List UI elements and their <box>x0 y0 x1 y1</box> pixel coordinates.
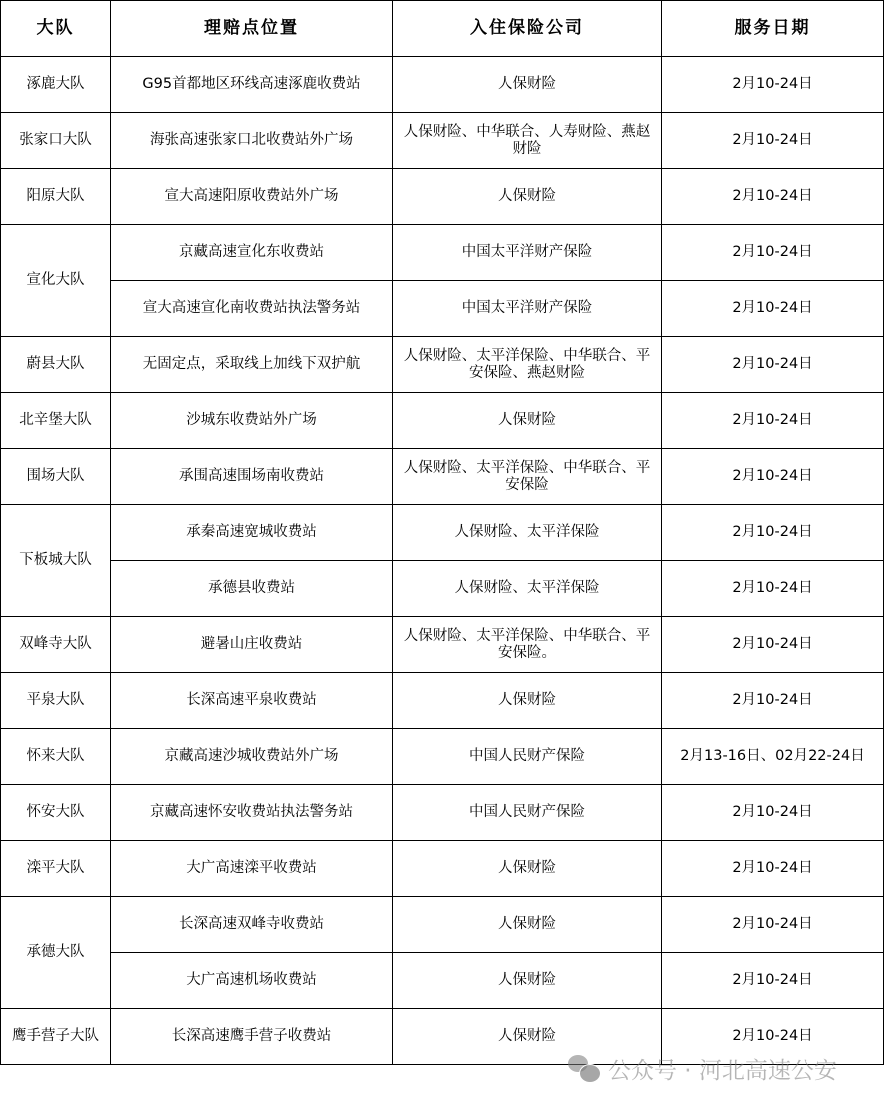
dates-cell: 2月10-24日 <box>662 449 884 505</box>
table-row: 宣化大队 京藏高速宣化东收费站 中国太平洋财产保险 2月10-24日 <box>1 225 884 281</box>
location-cell: 避暑山庄收费站 <box>111 617 393 673</box>
insurers-cell: 人保财险 <box>393 393 662 449</box>
location-cell: 无固定点，采取线上加线下双护航 <box>111 337 393 393</box>
dates-cell: 2月10-24日 <box>662 1009 884 1065</box>
location-cell: 京藏高速宣化东收费站 <box>111 225 393 281</box>
location-cell: 海张高速张家口北收费站外广场 <box>111 113 393 169</box>
table-row: 涿鹿大队 G95首都地区环线高速涿鹿收费站 人保财险 2月10-24日 <box>1 57 884 113</box>
insurers-cell: 人保财险 <box>393 841 662 897</box>
header-row: 大队 理赔点位置 入住保险公司 服务日期 <box>1 1 884 57</box>
insurers-cell: 人保财险 <box>393 673 662 729</box>
location-cell: 沙城东收费站外广场 <box>111 393 393 449</box>
brigade-cell: 承德大队 <box>1 897 111 1009</box>
brigade-cell: 平泉大队 <box>1 673 111 729</box>
brigade-cell: 涿鹿大队 <box>1 57 111 113</box>
insurers-cell: 人保财险 <box>393 169 662 225</box>
header-location: 理赔点位置 <box>111 1 393 57</box>
dates-cell: 2月10-24日 <box>662 785 884 841</box>
insurers-cell: 人保财险、中华联合、人寿财险、燕赵财险 <box>393 113 662 169</box>
brigade-cell: 北辛堡大队 <box>1 393 111 449</box>
dates-cell: 2月10-24日 <box>662 337 884 393</box>
insurers-cell: 人保财险、太平洋保险、中华联合、平安保险、燕赵财险 <box>393 337 662 393</box>
insurers-cell: 人保财险、太平洋保险 <box>393 505 662 561</box>
table-row: 双峰寺大队 避暑山庄收费站 人保财险、太平洋保险、中华联合、平安保险。 2月10… <box>1 617 884 673</box>
dates-cell: 2月10-24日 <box>662 897 884 953</box>
brigade-cell: 怀安大队 <box>1 785 111 841</box>
table-row: 北辛堡大队 沙城东收费站外广场 人保财险 2月10-24日 <box>1 393 884 449</box>
location-cell: 长深高速鹰手营子收费站 <box>111 1009 393 1065</box>
claims-points-table: 大队 理赔点位置 入住保险公司 服务日期 涿鹿大队 G95首都地区环线高速涿鹿收… <box>0 0 884 1065</box>
insurers-cell: 中国太平洋财产保险 <box>393 281 662 337</box>
location-cell: 承德县收费站 <box>111 561 393 617</box>
table-row: 承德大队 长深高速双峰寺收费站 人保财险 2月10-24日 <box>1 897 884 953</box>
table-row: 承德县收费站 人保财险、太平洋保险 2月10-24日 <box>1 561 884 617</box>
dates-cell: 2月10-24日 <box>662 57 884 113</box>
location-cell: 宣大高速阳原收费站外广场 <box>111 169 393 225</box>
dates-cell: 2月10-24日 <box>662 393 884 449</box>
dates-cell: 2月13-16日、02月22-24日 <box>662 729 884 785</box>
insurers-cell: 人保财险、太平洋保险 <box>393 561 662 617</box>
location-cell: G95首都地区环线高速涿鹿收费站 <box>111 57 393 113</box>
table-row: 怀来大队 京藏高速沙城收费站外广场 中国人民财产保险 2月13-16日、02月2… <box>1 729 884 785</box>
brigade-cell: 双峰寺大队 <box>1 617 111 673</box>
table-row: 鹰手营子大队 长深高速鹰手营子收费站 人保财险 2月10-24日 <box>1 1009 884 1065</box>
insurers-cell: 人保财险、太平洋保险、中华联合、平安保险 <box>393 449 662 505</box>
brigade-cell: 滦平大队 <box>1 841 111 897</box>
brigade-cell: 围场大队 <box>1 449 111 505</box>
location-cell: 长深高速平泉收费站 <box>111 673 393 729</box>
insurers-cell: 人保财险 <box>393 953 662 1009</box>
insurers-cell: 人保财险 <box>393 57 662 113</box>
insurers-cell: 人保财险 <box>393 1009 662 1065</box>
location-cell: 大广高速机场收费站 <box>111 953 393 1009</box>
table-row: 怀安大队 京藏高速怀安收费站执法警务站 中国人民财产保险 2月10-24日 <box>1 785 884 841</box>
dates-cell: 2月10-24日 <box>662 673 884 729</box>
dates-cell: 2月10-24日 <box>662 113 884 169</box>
brigade-cell: 宣化大队 <box>1 225 111 337</box>
brigade-cell: 阳原大队 <box>1 169 111 225</box>
brigade-cell: 下板城大队 <box>1 505 111 617</box>
header-brigade: 大队 <box>1 1 111 57</box>
table-row: 大广高速机场收费站 人保财险 2月10-24日 <box>1 953 884 1009</box>
insurers-cell: 中国太平洋财产保险 <box>393 225 662 281</box>
dates-cell: 2月10-24日 <box>662 617 884 673</box>
location-cell: 承围高速围场南收费站 <box>111 449 393 505</box>
insurers-cell: 人保财险、太平洋保险、中华联合、平安保险。 <box>393 617 662 673</box>
insurers-cell: 人保财险 <box>393 897 662 953</box>
brigade-cell: 蔚县大队 <box>1 337 111 393</box>
location-cell: 京藏高速怀安收费站执法警务站 <box>111 785 393 841</box>
table-row: 围场大队 承围高速围场南收费站 人保财险、太平洋保险、中华联合、平安保险 2月1… <box>1 449 884 505</box>
dates-cell: 2月10-24日 <box>662 505 884 561</box>
dates-cell: 2月10-24日 <box>662 169 884 225</box>
dates-cell: 2月10-24日 <box>662 281 884 337</box>
table-row: 宣大高速宣化南收费站执法警务站 中国太平洋财产保险 2月10-24日 <box>1 281 884 337</box>
dates-cell: 2月10-24日 <box>662 225 884 281</box>
table-row: 滦平大队 大广高速滦平收费站 人保财险 2月10-24日 <box>1 841 884 897</box>
dates-cell: 2月10-24日 <box>662 953 884 1009</box>
table-row: 蔚县大队 无固定点，采取线上加线下双护航 人保财险、太平洋保险、中华联合、平安保… <box>1 337 884 393</box>
insurers-cell: 中国人民财产保险 <box>393 785 662 841</box>
table-row: 阳原大队 宣大高速阳原收费站外广场 人保财险 2月10-24日 <box>1 169 884 225</box>
table-row: 下板城大队 承秦高速宽城收费站 人保财险、太平洋保险 2月10-24日 <box>1 505 884 561</box>
location-cell: 京藏高速沙城收费站外广场 <box>111 729 393 785</box>
header-insurers: 入住保险公司 <box>393 1 662 57</box>
table-row: 平泉大队 长深高速平泉收费站 人保财险 2月10-24日 <box>1 673 884 729</box>
dates-cell: 2月10-24日 <box>662 561 884 617</box>
header-dates: 服务日期 <box>662 1 884 57</box>
dates-cell: 2月10-24日 <box>662 841 884 897</box>
brigade-cell: 鹰手营子大队 <box>1 1009 111 1065</box>
brigade-cell: 张家口大队 <box>1 113 111 169</box>
location-cell: 长深高速双峰寺收费站 <box>111 897 393 953</box>
brigade-cell: 怀来大队 <box>1 729 111 785</box>
table-row: 张家口大队 海张高速张家口北收费站外广场 人保财险、中华联合、人寿财险、燕赵财险… <box>1 113 884 169</box>
insurers-cell: 中国人民财产保险 <box>393 729 662 785</box>
location-cell: 大广高速滦平收费站 <box>111 841 393 897</box>
location-cell: 承秦高速宽城收费站 <box>111 505 393 561</box>
location-cell: 宣大高速宣化南收费站执法警务站 <box>111 281 393 337</box>
